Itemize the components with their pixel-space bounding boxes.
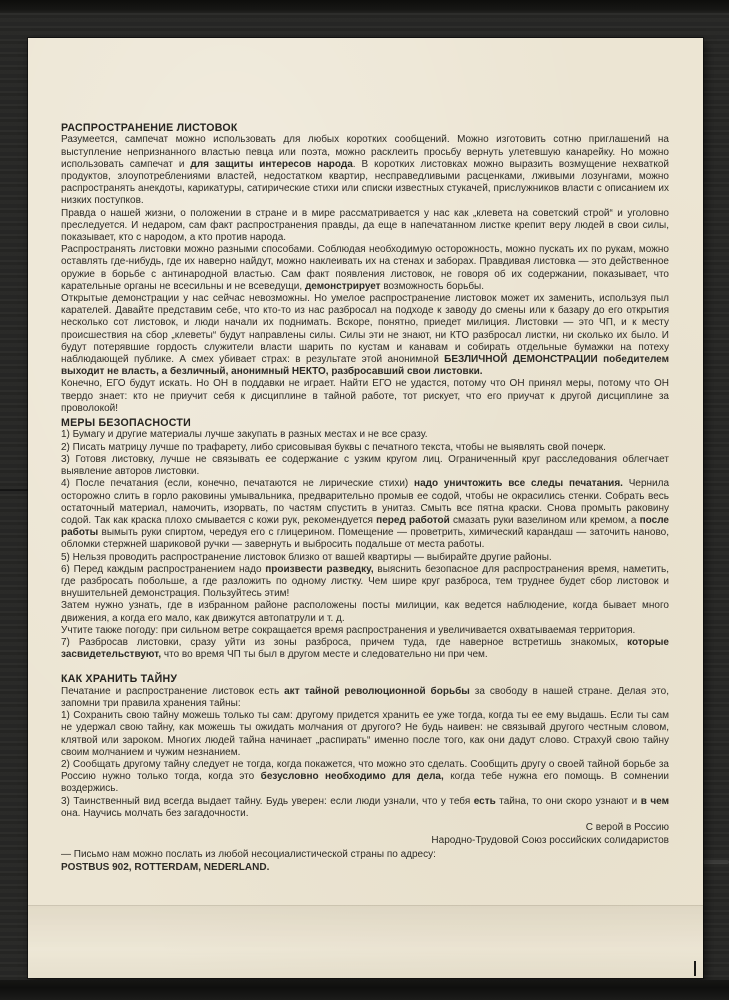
signature-block: С верой в РоссиюНародно-Трудовой Союз ро… — [61, 821, 669, 848]
screenshot-root: { "colors": { "background": "#282826", "… — [0, 0, 729, 1000]
paragraph: Правда о нашей жизни, о положении в стра… — [61, 208, 669, 245]
paragraph: 2) Сообщать другому тайну следует не тог… — [61, 759, 669, 796]
bold-text-run: надо уничтожить все следы печатания. — [414, 478, 623, 489]
text-run: Учтите также погоду: при сильном ветре с… — [61, 625, 635, 636]
paragraph: 7) Разбросав листовки, сразу уйти из зон… — [61, 637, 669, 661]
text-run: 4) После печатания (если, конечно, печат… — [61, 478, 414, 489]
bold-text-run: перед работой — [376, 515, 450, 526]
background-seam-left — [0, 489, 28, 491]
background-scratch-right — [703, 860, 729, 864]
bold-text-run: демонстрирует — [305, 281, 381, 292]
text-run: 5) Нельзя проводить распространение лист… — [61, 552, 552, 563]
bold-text-run: произвести разведку, — [265, 564, 373, 575]
text-run: что во время ЧП ты был в другом месте и … — [161, 649, 488, 660]
paragraph: Распространять листовки можно разными сп… — [61, 244, 669, 293]
text-run: возможность борьбы. — [381, 281, 484, 292]
paragraph: Конечно, ЕГО будут искать. Но ОН в подда… — [61, 378, 669, 415]
text-run: Правда о нашей жизни, о положении в стра… — [61, 208, 669, 243]
paragraph: 3) Таинственный вид всегда выдает тайну.… — [61, 796, 669, 820]
bold-text-run: безусловно необходимо для дела, — [261, 771, 444, 782]
paper-edge-mark — [694, 961, 696, 976]
section-heading: МЕРЫ БЕЗОПАСНОСТИ — [61, 417, 669, 429]
signature-line: Народно-Трудовой Союз российских солидар… — [61, 834, 669, 848]
text-run: вымыть руки спиртом, чередуя его с глице… — [61, 527, 669, 550]
text-run: 7) Разбросав листовки, сразу уйти из зон… — [61, 637, 627, 648]
text-run: Конечно, ЕГО будут искать. Но ОН в подда… — [61, 378, 669, 413]
text-run: 1) Сохранить свою тайну можешь только ты… — [61, 710, 669, 758]
paper-fold-strip — [28, 905, 703, 979]
paragraph: 1) Сохранить свою тайну можешь только ты… — [61, 710, 669, 759]
text-run: — Письмо нам можно послать из любой несо… — [61, 849, 436, 860]
paragraph: 5) Нельзя проводить распространение лист… — [61, 552, 669, 564]
paragraph: 6) Перед каждым распространением надо пр… — [61, 564, 669, 601]
text-run: смазать руки вазелином или кремом, а — [450, 515, 640, 526]
section-heading: КАК ХРАНИТЬ ТАЙНУ — [61, 673, 669, 685]
text-run: 3) Готовя листовку, лучше не связывать е… — [61, 454, 669, 477]
text-run: 6) Перед каждым распространением надо — [61, 564, 265, 575]
section-heading: РАСПРОСТРАНЕНИЕ ЛИСТОВОК — [61, 122, 669, 134]
bold-text-run: в чем — [641, 796, 669, 807]
paragraph: Разумеется, сампечат можно использовать … — [61, 134, 669, 207]
text-run: она. Научись молчать без загадочности. — [61, 808, 248, 819]
leaflet-page: РАСПРОСТРАНЕНИЕ ЛИСТОВОКРазумеется, самп… — [28, 38, 703, 978]
paragraph: 2) Писать матрицу лучше по трафарету, ли… — [61, 442, 669, 454]
paragraph: Печатание и распространение листовок ест… — [61, 686, 669, 710]
paragraph: Затем нужно узнать, где в избранном райо… — [61, 600, 669, 624]
text-run: 3) Таинственный вид всегда выдает тайну.… — [61, 796, 474, 807]
paragraph: Открытые демонстрации у нас сейчас невоз… — [61, 293, 669, 378]
contact-address-note: — Письмо нам можно послать из любой несо… — [61, 848, 481, 875]
text-run: Печатание и распространение листовок ест… — [61, 686, 284, 697]
bold-text-run: POSTBUS 902, ROTTERDAM, NEDERLAND. — [61, 862, 269, 873]
paragraph: 1) Бумагу и другие материалы лучше закуп… — [61, 429, 669, 441]
bold-text-run: есть — [474, 796, 496, 807]
text-run: Затем нужно узнать, где в избранном райо… — [61, 600, 669, 623]
text-run: 1) Бумагу и другие материалы лучше закуп… — [61, 429, 428, 440]
scan-background: РАСПРОСТРАНЕНИЕ ЛИСТОВОКРазумеется, самп… — [0, 0, 729, 1000]
text-run: тайна, то они скоро узнают и — [496, 796, 641, 807]
paragraph: 4) После печатания (если, конечно, печат… — [61, 478, 669, 551]
background-top-band — [0, 0, 729, 13]
paragraph: 3) Готовя листовку, лучше не связывать е… — [61, 454, 669, 478]
text-run: 2) Писать матрицу лучше по трафарету, ли… — [61, 442, 606, 453]
document-body: РАСПРОСТРАНЕНИЕ ЛИСТОВОКРазумеется, самп… — [61, 122, 669, 875]
bold-text-run: для защиты интересов народа — [190, 159, 352, 170]
background-bottom-band — [0, 980, 729, 1000]
paragraph: Учтите также погоду: при сильном ветре с… — [61, 625, 669, 637]
bold-text-run: акт тайной революционной борьбы — [284, 686, 470, 697]
signature-line: С верой в Россию — [61, 821, 669, 835]
